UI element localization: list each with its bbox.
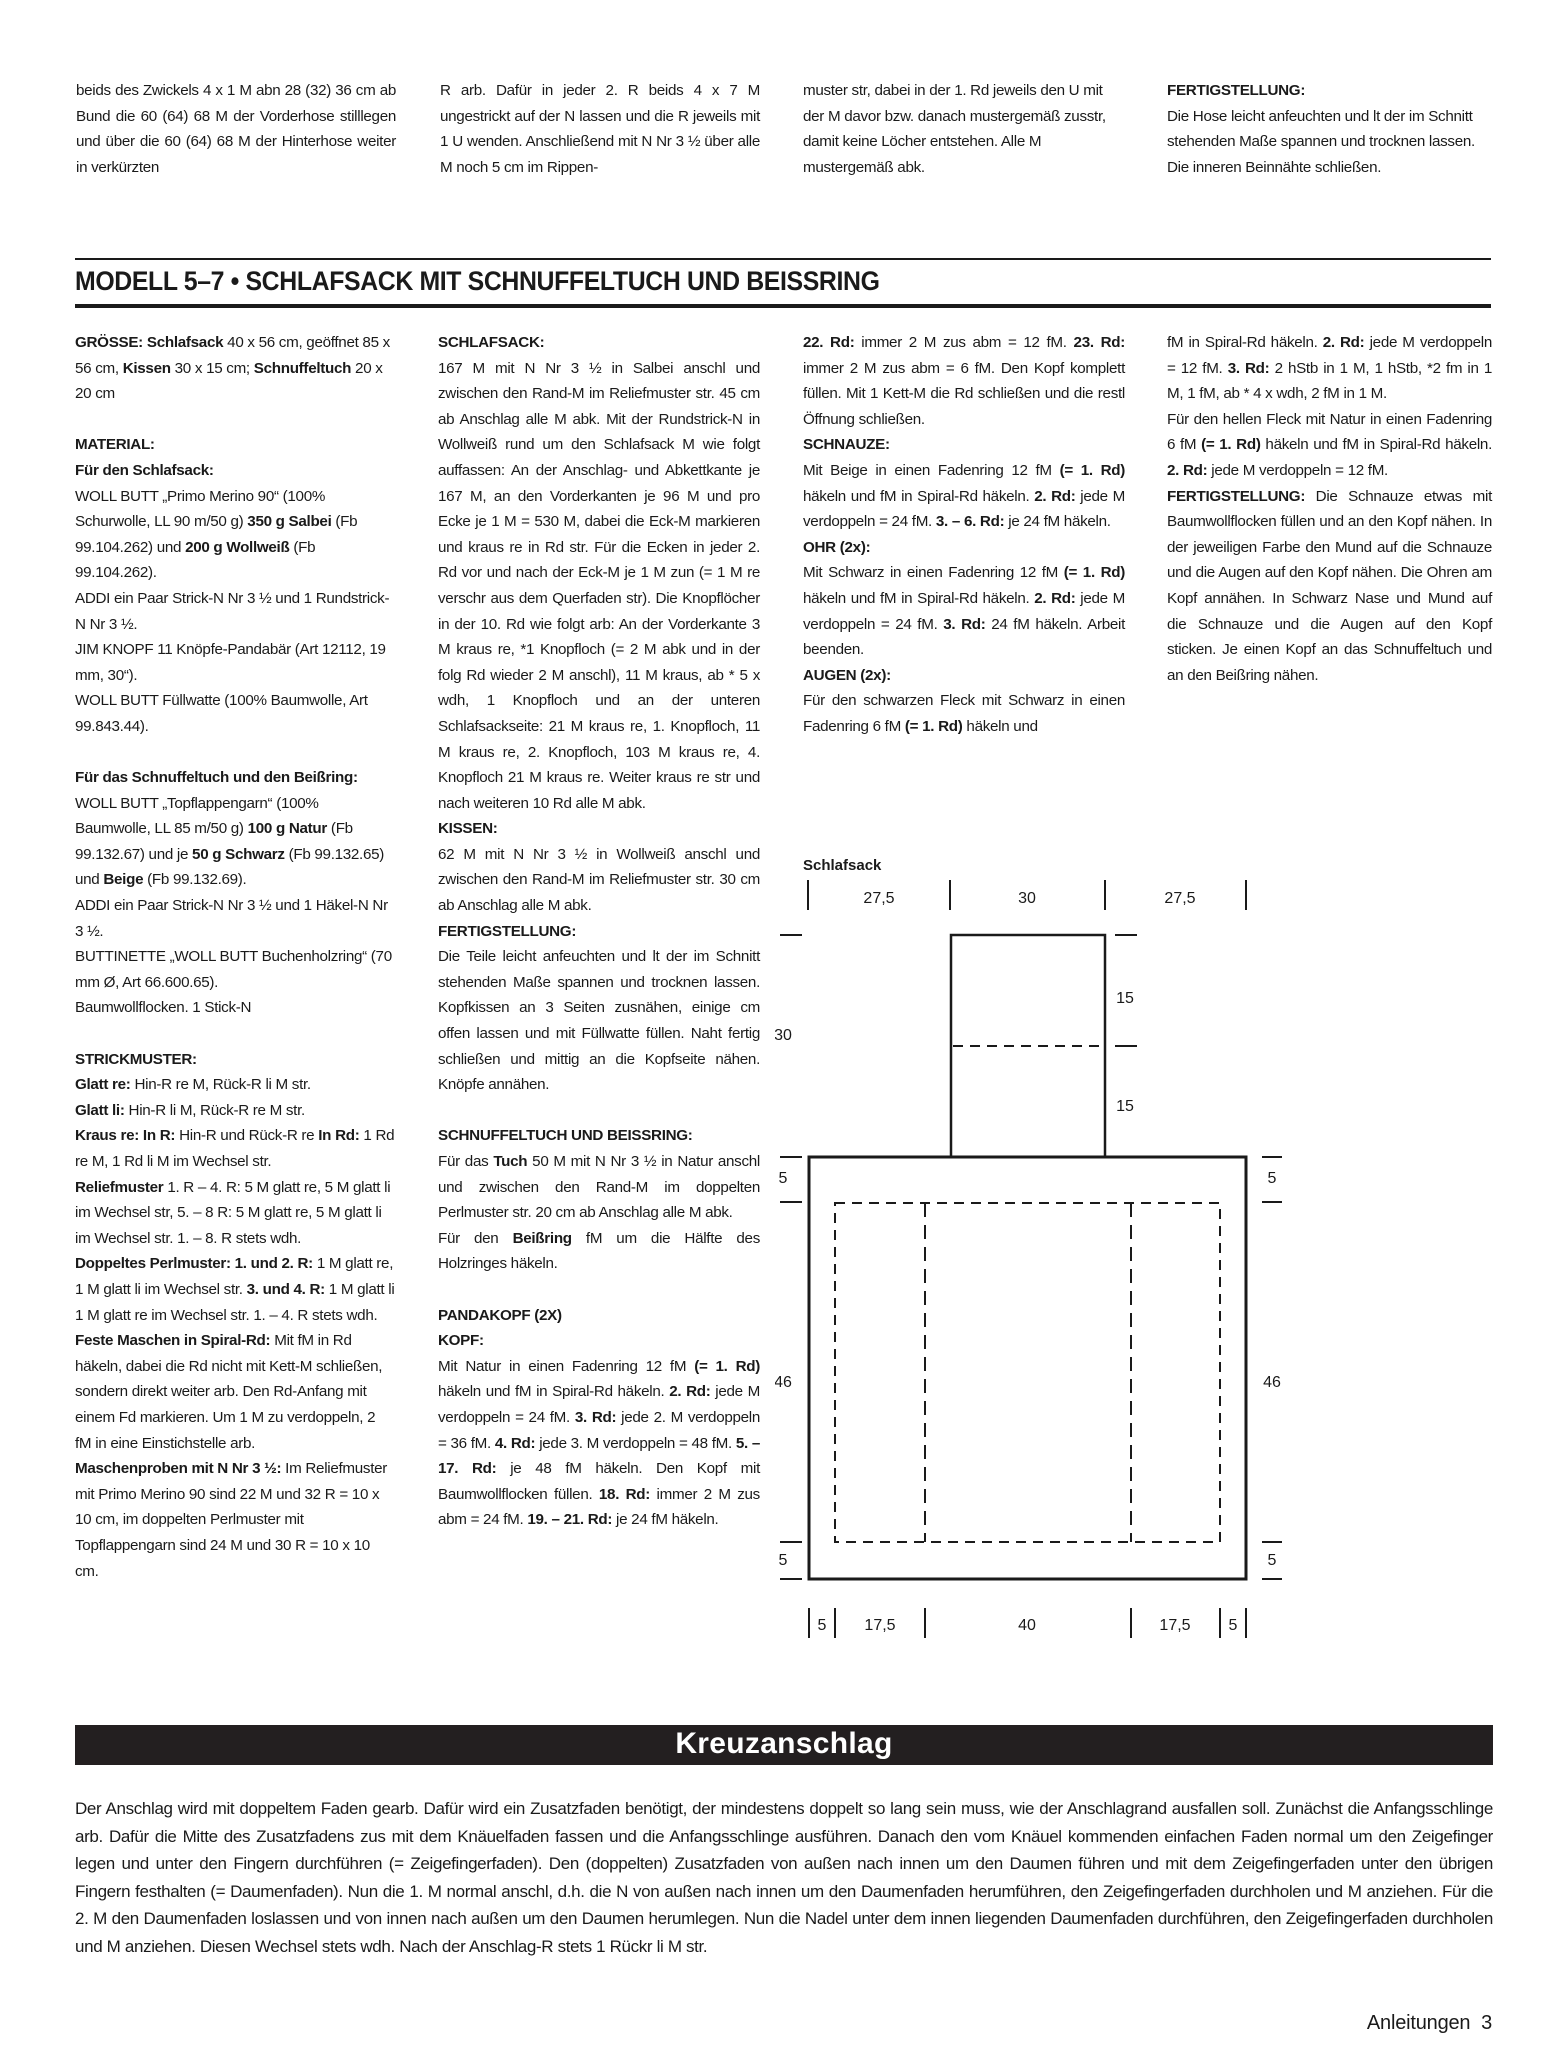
- material-item: ADDI ein Paar Strick-N Nr 3 ½ und 1 Häke…: [75, 893, 395, 944]
- footer-label: Anleitungen: [1367, 2012, 1470, 2034]
- paragraph: Für den schwarzen Fleck mit Schwarz in e…: [803, 688, 1125, 739]
- bold-text: Feste Maschen in Spiral-Rd:: [75, 1332, 270, 1349]
- pattern-item: Kraus re: In R: Hin-R und Rück-R re In R…: [75, 1123, 395, 1174]
- dim-top-center: 30: [1018, 890, 1036, 907]
- bold-text: 100 g Natur: [248, 820, 327, 837]
- finishing-heading: FERTIGSTELLUNG:: [1167, 488, 1305, 505]
- bold-text: Kissen: [123, 360, 171, 377]
- text: Mit Schwarz in einen Fadenring 12 fM: [803, 564, 1064, 581]
- dim-top-left: 27,5: [863, 890, 894, 907]
- bold-text: 23. Rd:: [1074, 334, 1125, 351]
- text: Für den: [438, 1230, 513, 1247]
- section-header: MODELL 5–7 • SCHLAFSACK MIT SCHNUFFELTUC…: [75, 258, 1491, 308]
- paragraph: Für den hellen Fleck mit Natur in einen …: [1167, 407, 1492, 484]
- bold-text: 22. Rd:: [803, 334, 854, 351]
- bold-text: Glatt re:: [75, 1076, 131, 1093]
- column-finishing: fM in Spiral-Rd häkeln. 2. Rd: jede M ve…: [1167, 330, 1492, 688]
- material-heading: MATERIAL:: [75, 432, 395, 458]
- bold-text: 2. Rd:: [1167, 462, 1207, 479]
- dim-bottom-2: 17,5: [864, 1617, 895, 1634]
- dim-right-bottom-border: 5: [1268, 1552, 1277, 1569]
- sleeping-bag-heading: SCHLAFSACK:: [438, 330, 760, 356]
- text: Hin-R re M, Rück-R li M str.: [131, 1076, 311, 1093]
- dim-top-right: 27,5: [1164, 890, 1195, 907]
- bold-text: 3. Rd:: [575, 1409, 616, 1426]
- text: je 24 fM häkeln.: [612, 1511, 718, 1528]
- text: Mit fM in Rd häkeln, dabei die Rd nicht …: [75, 1332, 382, 1451]
- dim-left-body: 46: [775, 1374, 792, 1391]
- dim-right-top-border: 5: [1268, 1170, 1277, 1187]
- head-heading: KOPF:: [438, 1328, 760, 1354]
- comforter-heading: SCHNUFFELTUCH UND BEISSRING:: [438, 1123, 760, 1149]
- bold-text: 2. Rd:: [1034, 590, 1075, 607]
- paragraph: muster str, dabei in der 1. Rd jeweils d…: [803, 78, 1123, 180]
- bold-text: 3. Rd:: [943, 616, 985, 633]
- paragraph: 22. Rd: immer 2 M zus abm = 12 fM. 23. R…: [803, 330, 1125, 432]
- bold-text: 18. Rd:: [599, 1486, 650, 1503]
- text: Hin-R und Rück-R re: [175, 1127, 318, 1144]
- bold-text: 19. – 21. Rd:: [527, 1511, 612, 1528]
- bold-text: In Rd:: [318, 1127, 359, 1144]
- text: Die Schnauze etwas mit Baumwollflocken f…: [1167, 488, 1492, 684]
- size-label: GRÖSSE:: [75, 334, 143, 351]
- text: fM in Spiral-Rd häkeln.: [1167, 334, 1323, 351]
- material-item: BUTTINETTE „WOLL BUTT Buchenholzring“ (7…: [75, 944, 395, 995]
- continued-text-col3: muster str, dabei in der 1. Rd jeweils d…: [803, 78, 1123, 180]
- text: Mit Beige in einen Fadenring 12 fM: [803, 462, 1060, 479]
- text: jede 3. M verdoppeln = 48 fM.: [535, 1435, 736, 1452]
- kreuzanschlag-banner: Kreuzanschlag: [75, 1725, 1493, 1765]
- column-size-material: GRÖSSE: Schlafsack 40 x 56 cm, geöffnet …: [75, 330, 395, 1584]
- text: immer 2 M zus abm = 6 fM. Den Kopf kompl…: [803, 360, 1125, 428]
- text: 30 x 15 cm;: [171, 360, 254, 377]
- kreuzanschlag-title: Kreuzanschlag: [75, 1727, 1493, 1761]
- bold-text: Beißring: [513, 1230, 572, 1247]
- finishing-heading: FERTIGSTELLUNG:: [438, 919, 760, 945]
- paragraph: Mit Natur in einen Fadenring 12 fM (= 1.…: [438, 1354, 760, 1533]
- paragraph: Für den Beißring fM um die Hälfte des Ho…: [438, 1226, 760, 1277]
- paragraph: Mit Beige in einen Fadenring 12 fM (= 1.…: [803, 458, 1125, 535]
- bold-text: 200 g Wollweiß: [185, 539, 289, 556]
- continued-text-col4: FERTIGSTELLUNG: Die Hose leicht anfeucht…: [1167, 78, 1497, 180]
- bold-text: (= 1. Rd): [905, 718, 963, 735]
- snout-heading: SCHNAUZE:: [803, 432, 1125, 458]
- dim-left-top-border: 5: [779, 1170, 788, 1187]
- text: je 24 fM häkeln.: [1004, 513, 1110, 530]
- text: häkeln und: [963, 718, 1038, 735]
- bold-text: 2. Rd:: [1323, 334, 1365, 351]
- paragraph: Für das Tuch 50 M mit N Nr 3 ½ in Natur …: [438, 1149, 760, 1226]
- bold-text: Doppeltes Perlmuster: 1. und 2. R:: [75, 1255, 313, 1272]
- pattern-item: Feste Maschen in Spiral-Rd: Mit fM in Rd…: [75, 1328, 395, 1456]
- bold-text: Beige: [103, 871, 143, 888]
- material-item: JIM KNOPF 11 Knöpfe-Pandabär (Art 12112,…: [75, 637, 395, 688]
- bold-text: Reliefmuster: [75, 1179, 163, 1196]
- bold-text: 3. – 6. Rd:: [936, 513, 1004, 530]
- text: häkeln und fM in Spiral-Rd häkeln.: [438, 1383, 669, 1400]
- material-item: WOLL BUTT Füllwatte (100% Baumwolle, Art…: [75, 688, 395, 739]
- bold-text: Tuch: [493, 1153, 527, 1170]
- text: häkeln und fM in Spiral-Rd häkeln.: [803, 488, 1034, 505]
- dim-bottom-4: 17,5: [1159, 1617, 1190, 1634]
- dim-bottom-1: 5: [818, 1617, 827, 1634]
- column-panda-parts: 22. Rd: immer 2 M zus abm = 12 fM. 23. R…: [803, 330, 1125, 740]
- bold-text: 4. Rd:: [495, 1435, 535, 1452]
- bold-text: Schnuffeltuch: [254, 360, 351, 377]
- paragraph: Mit Schwarz in einen Fadenring 12 fM (= …: [803, 560, 1125, 662]
- continued-text-col1: beids des Zwickels 4 x 1 M abn 28 (32) 3…: [76, 78, 396, 180]
- paragraph: 167 M mit N Nr 3 ½ in Salbei anschl und …: [438, 356, 760, 817]
- text: Für das: [438, 1153, 493, 1170]
- paragraph: R arb. Dafür in jeder 2. R beids 4 x 7 M…: [440, 78, 760, 180]
- dim-pillow-upper: 15: [1116, 990, 1134, 1007]
- schematic-drawing: 27,5 30 27,5 15 15 30 5 46 5 5 46 5 5 17…: [775, 845, 1520, 1645]
- paragraph: Die Hose leicht anfeuchten und lt der im…: [1167, 104, 1497, 181]
- dim-left-pillow: 30: [775, 1027, 792, 1044]
- paragraph: Die Teile leicht anfeuchten und lt der i…: [438, 944, 760, 1098]
- sleeping-bag-material-heading: Für den Schlafsack:: [75, 458, 395, 484]
- bold-text: (= 1. Rd): [1060, 462, 1125, 479]
- material-item: Baumwollflocken. 1 Stick-N: [75, 995, 395, 1021]
- section-title: MODELL 5–7 • SCHLAFSACK MIT SCHNUFFELTUC…: [75, 266, 880, 297]
- bold-text: (= 1. Rd): [1064, 564, 1125, 581]
- comforter-material-heading: Für das Schnuffeltuch und den Beißring:: [75, 765, 395, 791]
- bold-text: 3. Rd:: [1228, 360, 1270, 377]
- eyes-heading: AUGEN (2x):: [803, 663, 1125, 689]
- paragraph: 62 M mit N Nr 3 ½ in Wollweiß anschl und…: [438, 842, 760, 919]
- material-item: WOLL BUTT „Primo Merino 90“ (100% Schurw…: [75, 484, 395, 586]
- dim-pillow-lower: 15: [1116, 1098, 1134, 1115]
- dim-bottom-5: 5: [1229, 1617, 1238, 1634]
- continued-text-col2: R arb. Dafür in jeder 2. R beids 4 x 7 M…: [440, 78, 760, 180]
- finishing-heading: FERTIGSTELLUNG:: [1167, 78, 1497, 104]
- bold-text: Schlafsack: [147, 334, 223, 351]
- bold-text: (= 1. Rd): [694, 1358, 760, 1375]
- ear-heading: OHR (2x):: [803, 535, 1125, 561]
- text: immer 2 M zus abm = 12 fM.: [854, 334, 1073, 351]
- stitch-pattern-heading: STRICKMUSTER:: [75, 1047, 395, 1073]
- bold-text: 50 g Schwarz: [192, 846, 285, 863]
- bold-text: Kraus re: In R:: [75, 1127, 175, 1144]
- page-footer: Anleitungen 3: [1367, 2012, 1492, 2035]
- text: Im Reliefmuster mit Primo Merino 90 sind…: [75, 1460, 387, 1579]
- paragraph: FERTIGSTELLUNG: Die Schnauze etwas mit B…: [1167, 484, 1492, 689]
- dim-bottom-3: 40: [1018, 1617, 1036, 1634]
- paragraph: fM in Spiral-Rd häkeln. 2. Rd: jede M ve…: [1167, 330, 1492, 407]
- bold-text: 2. Rd:: [669, 1383, 710, 1400]
- text: Hin-R li M, Rück-R re M str.: [125, 1102, 305, 1119]
- bold-text: 2. Rd:: [1034, 488, 1075, 505]
- schematic-title: Schlafsack: [803, 857, 881, 874]
- text: Mit Natur in einen Fadenring 12 fM: [438, 1358, 694, 1375]
- bold-text: Maschenproben mit N Nr 3 ½:: [75, 1460, 281, 1477]
- dim-right-body: 46: [1263, 1374, 1281, 1391]
- gauge-item: Maschenproben mit N Nr 3 ½: Im Reliefmus…: [75, 1456, 395, 1584]
- panda-head-heading: PANDAKOPF (2X): [438, 1303, 760, 1329]
- text: häkeln und fM in Spiral-Rd häkeln.: [1261, 436, 1492, 453]
- material-item: ADDI ein Paar Strick-N Nr 3 ½ und 1 Rund…: [75, 586, 395, 637]
- bold-text: 3. und 4. R:: [247, 1281, 325, 1298]
- material-item: WOLL BUTT „Topflappengarn“ (100% Baumwol…: [75, 791, 395, 893]
- bold-text: (= 1. Rd): [1201, 436, 1260, 453]
- pattern-item: Reliefmuster 1. R – 4. R: 5 M glatt re, …: [75, 1175, 395, 1252]
- pattern-item: Glatt re: Hin-R re M, Rück-R li M str.: [75, 1072, 395, 1098]
- size-paragraph: GRÖSSE: Schlafsack 40 x 56 cm, geöffnet …: [75, 330, 395, 407]
- pattern-item: Doppeltes Perlmuster: 1. und 2. R: 1 M g…: [75, 1251, 395, 1328]
- text: häkeln und fM in Spiral-Rd häkeln.: [803, 590, 1034, 607]
- bold-text: Glatt li:: [75, 1102, 125, 1119]
- kreuzanschlag-paragraph: Der Anschlag wird mit doppeltem Faden ge…: [75, 1795, 1493, 1960]
- pattern-item: Glatt li: Hin-R li M, Rück-R re M str.: [75, 1098, 395, 1124]
- dim-left-bottom-border: 5: [779, 1552, 788, 1569]
- page-number: 3: [1481, 2012, 1492, 2034]
- bold-text: 350 g Salbei: [247, 513, 331, 530]
- paragraph: beids des Zwickels 4 x 1 M abn 28 (32) 3…: [76, 78, 396, 180]
- pillow-heading: KISSEN:: [438, 816, 760, 842]
- text: jede M verdoppeln = 12 fM.: [1207, 462, 1388, 479]
- column-sleeping-bag: SCHLAFSACK: 167 M mit N Nr 3 ½ in Salbei…: [438, 330, 760, 1533]
- text: (Fb 99.132.69).: [143, 871, 246, 888]
- sleeping-bag-schematic: Schlafsack: [775, 845, 1520, 1645]
